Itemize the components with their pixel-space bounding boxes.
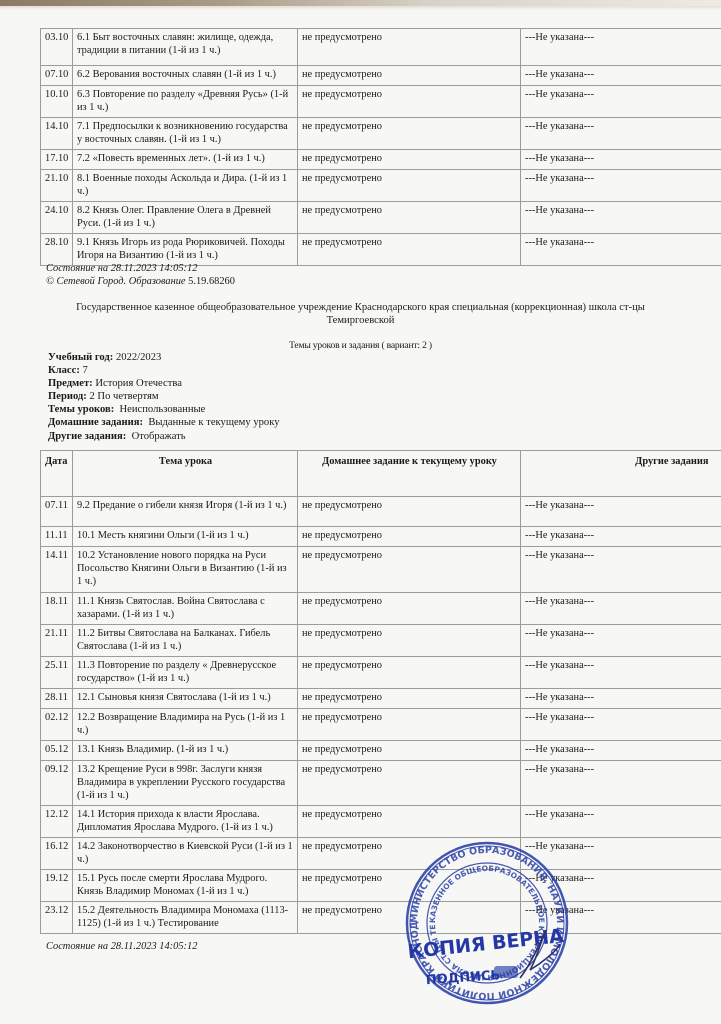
cell-date: 24.10 xyxy=(41,202,73,234)
cell-homework: не предусмотрено xyxy=(298,806,521,838)
meta-other: Другие задания: Отображать xyxy=(48,430,280,443)
column-header-other: Другие задания xyxy=(521,451,721,497)
cell-other: ---Не указана--- xyxy=(521,150,721,170)
cell-other: ---Не указана--- xyxy=(521,689,721,709)
cell-homework: не предусмотрено xyxy=(298,547,521,593)
meta-class: Класс: 7 xyxy=(48,364,280,377)
cell-topic: 6.3 Повторение по разделу «Древняя Русь»… xyxy=(73,86,298,118)
scan-top-shadow xyxy=(0,6,721,10)
cell-date: 05.12 xyxy=(41,741,73,761)
cell-homework: не предусмотрено xyxy=(298,497,521,527)
table-row: 10.106.3 Повторение по разделу «Древняя … xyxy=(41,86,721,118)
cell-topic: 7.2 «Повесть временных лет». (1-й из 1 ч… xyxy=(73,150,298,170)
column-header-date: Дата xyxy=(41,451,73,497)
table-row: 02.1212.2 Возвращение Владимира на Русь … xyxy=(41,709,721,741)
cell-topic: 6.2 Верования восточных славян (1-й из 1… xyxy=(73,66,298,86)
cell-topic: 15.1 Русь после смерти Ярослава Мудрого.… xyxy=(73,870,298,902)
table-row: 18.1111.1 Князь Святослав. Война Святосл… xyxy=(41,593,721,625)
cell-other: ---Не указана--- xyxy=(521,709,721,741)
column-header-topic: Тема урока xyxy=(73,451,298,497)
cell-other: ---Не указана--- xyxy=(521,741,721,761)
cell-homework: не предусмотрено xyxy=(298,170,521,202)
cell-homework: не предусмотрено xyxy=(298,118,521,150)
version-number: 5.19.68260 xyxy=(188,276,235,287)
cell-date: 28.11 xyxy=(41,689,73,709)
table-row: 09.1213.2 Крещение Руси в 998г. Заслуги … xyxy=(41,761,721,806)
table-row: 05.1213.1 Князь Владимир. (1-й из 1 ч.)н… xyxy=(41,741,721,761)
cell-other: ---Не указана--- xyxy=(521,657,721,689)
table-row: 11.1110.1 Месть княгини Ольги (1-й из 1 … xyxy=(41,527,721,547)
cell-other: ---Не указана--- xyxy=(521,838,721,870)
table-header-row: Дата Тема урока Домашнее задание к текущ… xyxy=(41,451,721,497)
copyright-line: © Сетевой Город. Образование 5.19.68260 xyxy=(46,275,235,288)
meta-period: Период: 2 По четвертям xyxy=(48,390,280,403)
cell-date: 09.12 xyxy=(41,761,73,806)
cell-date: 25.11 xyxy=(41,657,73,689)
cell-other: ---Не указана--- xyxy=(521,761,721,806)
copyright-text: © Сетевой Город. Образование xyxy=(46,276,186,287)
cell-date: 28.10 xyxy=(41,234,73,266)
table-row: 03.106.1 Быт восточных славян: жилище, о… xyxy=(41,29,721,66)
cell-homework: не предусмотрено xyxy=(298,870,521,902)
institution-name-line2: Темиргоевской xyxy=(0,314,721,327)
cell-homework: не предусмотрено xyxy=(298,234,521,266)
cell-topic: 14.2 Законотворчество в Киевской Руси (1… xyxy=(73,838,298,870)
cell-topic: 10.1 Месть княгини Ольги (1-й из 1 ч.) xyxy=(73,527,298,547)
cell-date: 14.11 xyxy=(41,547,73,593)
cell-topic: 11.1 Князь Святослав. Война Святослава с… xyxy=(73,593,298,625)
cell-topic: 7.1 Предпосылки к возникновению государс… xyxy=(73,118,298,150)
cell-other: ---Не указана--- xyxy=(521,870,721,902)
table-row: 17.107.2 «Повесть временных лет». (1-й и… xyxy=(41,150,721,170)
cell-homework: не предусмотрено xyxy=(298,66,521,86)
table-row: 21.1111.2 Битвы Святослава на Балканах. … xyxy=(41,625,721,657)
cell-topic: 13.2 Крещение Руси в 998г. Заслуги князя… xyxy=(73,761,298,806)
meta-homework: Домашние задания: Выданные к текущему ур… xyxy=(48,416,280,429)
cell-date: 07.10 xyxy=(41,66,73,86)
table-row: 07.119.2 Предание о гибели князя Игоря (… xyxy=(41,497,721,527)
cell-topic: 8.2 Князь Олег. Правление Олега в Древне… xyxy=(73,202,298,234)
cell-date: 18.11 xyxy=(41,593,73,625)
table-row: 24.108.2 Князь Олег. Правление Олега в Д… xyxy=(41,202,721,234)
cell-homework: не предусмотрено xyxy=(298,741,521,761)
cell-other: ---Не указана--- xyxy=(521,234,721,266)
institution-name-line1: Государственное казенное общеобразовател… xyxy=(0,301,721,314)
cell-topic: 12.2 Возвращение Владимира на Русь (1-й … xyxy=(73,709,298,741)
cell-date: 03.10 xyxy=(41,29,73,66)
table-row: 14.1110.2 Установление нового порядка на… xyxy=(41,547,721,593)
cell-date: 17.10 xyxy=(41,150,73,170)
status-timestamp-top: Состояние на 28.11.2023 14:05:12 xyxy=(46,262,197,275)
svg-text:ПОДПИСЬ: ПОДПИСЬ xyxy=(425,968,501,988)
status-timestamp-bottom: Состояние на 28.11.2023 14:05:12 xyxy=(46,940,197,953)
cell-date: 16.12 xyxy=(41,838,73,870)
table-row: 14.107.1 Предпосылки к возникновению гос… xyxy=(41,118,721,150)
table-row: 12.1214.1 История прихода к власти Яросл… xyxy=(41,806,721,838)
meta-topics: Темы уроков: Неиспользованные xyxy=(48,403,280,416)
cell-homework: не предусмотрено xyxy=(298,709,521,741)
cell-topic: 11.2 Битвы Святослава на Балканах. Гибел… xyxy=(73,625,298,657)
table-row: 16.1214.2 Законотворчество в Киевской Ру… xyxy=(41,838,721,870)
report-parameters: Учебный год: 2022/2023 Класс: 7 Предмет:… xyxy=(48,351,280,443)
cell-date: 02.12 xyxy=(41,709,73,741)
cell-homework: не предусмотрено xyxy=(298,202,521,234)
cell-homework: не предусмотрено xyxy=(298,625,521,657)
cell-date: 21.10 xyxy=(41,170,73,202)
cell-homework: не предусмотрено xyxy=(298,657,521,689)
cell-topic: 8.1 Военные походы Аскольда и Дира. (1-й… xyxy=(73,170,298,202)
meta-subject: Предмет: История Отечества xyxy=(48,377,280,390)
cell-topic: 10.2 Установление нового порядка на Руси… xyxy=(73,547,298,593)
cell-topic: 15.2 Деятельность Владимира Мономаха (11… xyxy=(73,902,298,934)
cell-topic: 14.1 История прихода к власти Ярослава. … xyxy=(73,806,298,838)
cell-other: ---Не указана--- xyxy=(521,625,721,657)
cell-date: 11.11 xyxy=(41,527,73,547)
table-row: 19.1215.1 Русь после смерти Ярослава Муд… xyxy=(41,870,721,902)
cell-date: 21.11 xyxy=(41,625,73,657)
cell-other: ---Не указана--- xyxy=(521,29,721,66)
cell-other: ---Не указана--- xyxy=(521,170,721,202)
column-header-homework: Домашнее задание к текущему уроку xyxy=(298,451,521,497)
cell-other: ---Не указана--- xyxy=(521,547,721,593)
cell-date: 10.10 xyxy=(41,86,73,118)
cell-topic: 13.1 Князь Владимир. (1-й из 1 ч.) xyxy=(73,741,298,761)
cell-date: 12.12 xyxy=(41,806,73,838)
cell-date: 14.10 xyxy=(41,118,73,150)
cell-homework: не предусмотрено xyxy=(298,689,521,709)
table-row: 23.1215.2 Деятельность Владимира Мономах… xyxy=(41,902,721,934)
cell-other: ---Не указана--- xyxy=(521,66,721,86)
cell-date: 23.12 xyxy=(41,902,73,934)
cell-homework: не предусмотрено xyxy=(298,86,521,118)
cell-homework: не предусмотрено xyxy=(298,593,521,625)
cell-topic: 11.3 Повторение по разделу « Древнерусск… xyxy=(73,657,298,689)
cell-other: ---Не указана--- xyxy=(521,902,721,934)
cell-topic: 9.2 Предание о гибели князя Игоря (1-й и… xyxy=(73,497,298,527)
cell-date: 19.12 xyxy=(41,870,73,902)
cell-homework: не предусмотрено xyxy=(298,902,521,934)
cell-date: 07.11 xyxy=(41,497,73,527)
cell-topic: 9.1 Князь Игорь из рода Рюриковичей. Пох… xyxy=(73,234,298,266)
cell-other: ---Не указана--- xyxy=(521,806,721,838)
table-row: 25.1111.3 Повторение по разделу « Древне… xyxy=(41,657,721,689)
lessons-table: Дата Тема урока Домашнее задание к текущ… xyxy=(40,450,721,934)
meta-year: Учебный год: 2022/2023 xyxy=(48,351,280,364)
cell-homework: не предусмотрено xyxy=(298,527,521,547)
table-row: 07.106.2 Верования восточных славян (1-й… xyxy=(41,66,721,86)
cell-other: ---Не указана--- xyxy=(521,86,721,118)
cell-topic: 6.1 Быт восточных славян: жилище, одежда… xyxy=(73,29,298,66)
cell-homework: не предусмотрено xyxy=(298,150,521,170)
cell-topic: 12.1 Сыновья князя Святослава (1-й из 1 … xyxy=(73,689,298,709)
cell-other: ---Не указана--- xyxy=(521,202,721,234)
cell-homework: не предусмотрено xyxy=(298,761,521,806)
lessons-table-continued: 03.106.1 Быт восточных славян: жилище, о… xyxy=(40,28,721,266)
table-row: 28.1112.1 Сыновья князя Святослава (1-й … xyxy=(41,689,721,709)
cell-other: ---Не указана--- xyxy=(521,527,721,547)
cell-homework: не предусмотрено xyxy=(298,838,521,870)
cell-other: ---Не указана--- xyxy=(521,497,721,527)
cell-other: ---Не указана--- xyxy=(521,593,721,625)
cell-other: ---Не указана--- xyxy=(521,118,721,150)
cell-homework: не предусмотрено xyxy=(298,29,521,66)
table-row: 28.109.1 Князь Игорь из рода Рюриковичей… xyxy=(41,234,721,266)
table-row: 21.108.1 Военные походы Аскольда и Дира.… xyxy=(41,170,721,202)
